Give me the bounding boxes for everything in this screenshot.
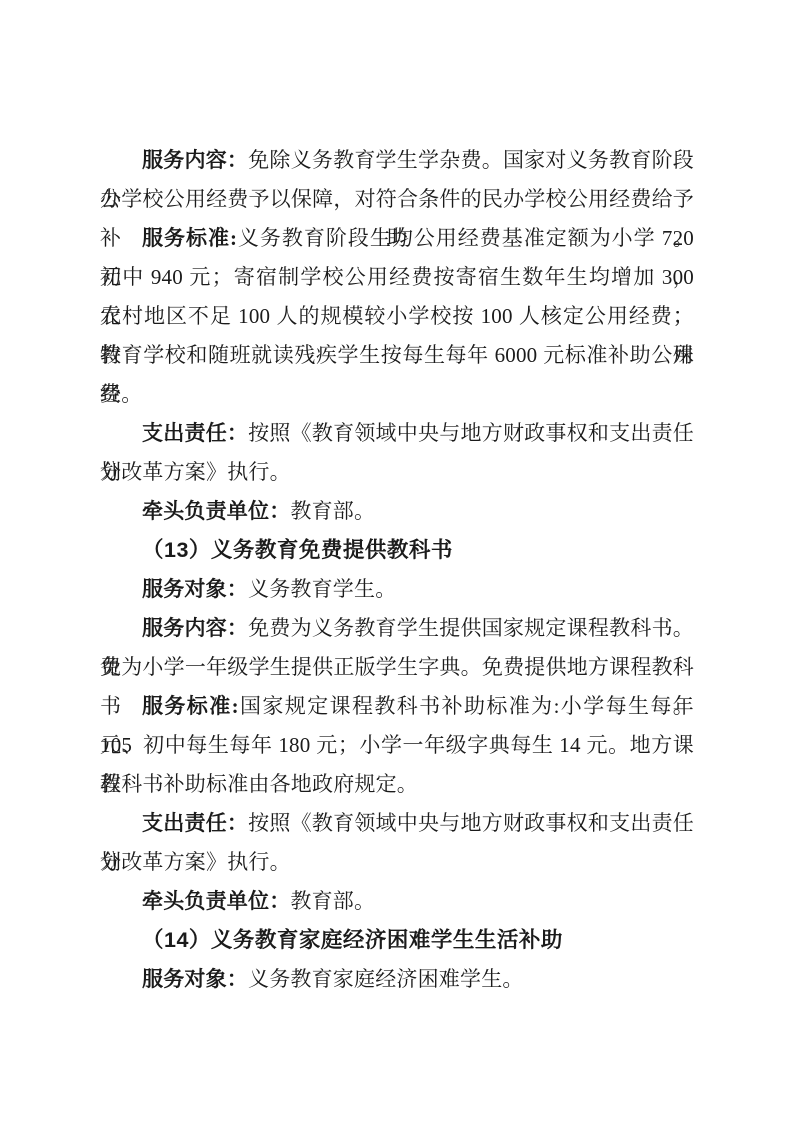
field-label: 服务内容： bbox=[142, 616, 248, 640]
field-label: 支出责任： bbox=[142, 811, 248, 835]
text-line: 服务内容：免除义务教育学生学杂费。国家对义务教育阶段公 bbox=[100, 141, 694, 180]
field-label: 支出责任： bbox=[142, 421, 248, 445]
line-text: 义务教育学生。 bbox=[248, 577, 396, 601]
text-line: 服务标准:国家规定课程教科书补助标准为:小学每生每年 105 bbox=[100, 687, 694, 726]
field-label: 服务标准: bbox=[142, 694, 239, 718]
text-line: 服务对象：义务教育学生。 bbox=[100, 570, 694, 609]
line-text: 教科书补助标准由各地政府规定。 bbox=[100, 772, 418, 796]
line-text: 费。 bbox=[100, 382, 142, 406]
field-label: 服务内容： bbox=[142, 148, 248, 172]
document-text-block: 服务内容：免除义务教育学生学杂费。国家对义务教育阶段公 办学校公用经费予以保障，… bbox=[100, 141, 694, 999]
text-line: 办学校公用经费予以保障，对符合条件的民办学校公用经费给予补助。 bbox=[100, 180, 694, 219]
text-line: 教育学校和随班就读残疾学生按每生每年 6000 元标准补助公用经 bbox=[100, 336, 694, 375]
text-line: 支出责任：按照《教育领域中央与地方财政事权和支出责任划 bbox=[100, 414, 694, 453]
section-heading-13: （13）义务教育免费提供教科书 bbox=[100, 531, 694, 570]
text-line: 费为小学一年级学生提供正版学生字典。免费提供地方课程教科书。 bbox=[100, 648, 694, 687]
field-label: 服务标准: bbox=[142, 226, 237, 250]
text-line: 牵头负责单位：教育部。 bbox=[100, 492, 694, 531]
text-line: 服务内容：免费为义务教育学生提供国家规定课程教科书。免 bbox=[100, 609, 694, 648]
field-label: 服务对象： bbox=[142, 967, 248, 991]
field-label: 服务对象： bbox=[142, 577, 248, 601]
text-line: 农村地区不足 100 人的规模较小学校按 100 人核定公用经费；特殊 bbox=[100, 297, 694, 336]
text-line: 教科书补助标准由各地政府规定。 bbox=[100, 765, 694, 804]
text-line: 费。 bbox=[100, 375, 694, 414]
heading-text: （13）义务教育免费提供教科书 bbox=[142, 538, 453, 562]
text-line: 分改革方案》执行。 bbox=[100, 843, 694, 882]
text-line: 服务对象：义务教育家庭经济困难学生。 bbox=[100, 960, 694, 999]
text-line: 分改革方案》执行。 bbox=[100, 453, 694, 492]
field-label: 牵头负责单位： bbox=[142, 889, 290, 913]
section-heading-14: （14）义务教育家庭经济困难学生生活补助 bbox=[100, 921, 694, 960]
line-text: 教育部。 bbox=[290, 889, 375, 913]
line-text: 教育部。 bbox=[290, 499, 375, 523]
document-page: 服务内容：免除义务教育学生学杂费。国家对义务教育阶段公 办学校公用经费予以保障，… bbox=[0, 0, 793, 1122]
line-text: 义务教育家庭经济困难学生。 bbox=[248, 967, 524, 991]
text-line: 支出责任：按照《教育领域中央与地方财政事权和支出责任划 bbox=[100, 804, 694, 843]
text-line: 初中 940 元；寄宿制学校公用经费按寄宿生数年生均增加 300 元； bbox=[100, 258, 694, 297]
text-line: 服务标准:义务教育阶段生均公用经费基准定额为小学 720 元， bbox=[100, 219, 694, 258]
heading-text: （14）义务教育家庭经济困难学生生活补助 bbox=[142, 928, 563, 952]
text-line: 元、初中每生每年 180 元；小学一年级字典每生 14 元。地方课程 bbox=[100, 726, 694, 765]
line-text: 分改革方案》执行。 bbox=[100, 460, 291, 484]
text-line: 牵头负责单位：教育部。 bbox=[100, 882, 694, 921]
field-label: 牵头负责单位： bbox=[142, 499, 290, 523]
line-text: 分改革方案》执行。 bbox=[100, 850, 291, 874]
